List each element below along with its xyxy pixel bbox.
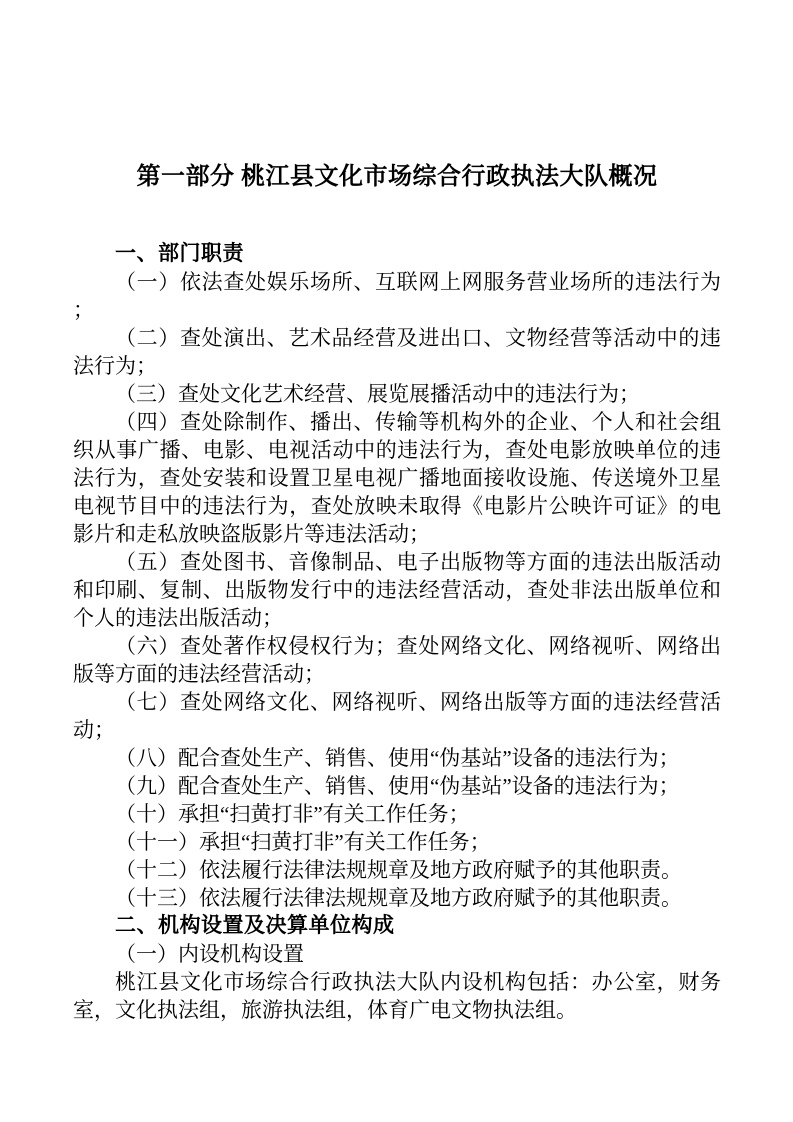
document-page: 第一部分 桃江县文化市场综合行政执法大队概况 一、部门职责 （一）依法查处娱乐场…	[0, 0, 793, 1122]
paragraph: （二）查处演出、艺术品经营及进出口、文物经营等活动中的违法行为；	[73, 324, 721, 380]
section-1-heading: 一、部门职责	[73, 240, 721, 268]
paragraph: （十一）承担“扫黄打非”有关工作任务；	[73, 828, 721, 856]
paragraph: （一）内设机构设置	[73, 940, 721, 968]
paragraph: （四）查处除制作、播出、传输等机构外的企业、个人和社会组织从事广播、电影、电视活…	[73, 408, 721, 548]
paragraph: （八）配合查处生产、销售、使用“伪基站”设备的违法行为；	[73, 744, 721, 772]
paragraph: （七）查处网络文化、网络视听、网络出版等方面的违法经营活动；	[73, 688, 721, 744]
paragraph: （六）查处著作权侵权行为；查处网络文化、网络视听、网络出版等方面的违法经营活动；	[73, 632, 721, 688]
document-title: 第一部分 桃江县文化市场综合行政执法大队概况	[73, 160, 721, 194]
paragraph: （五）查处图书、音像制品、电子出版物等方面的违法出版活动和印刷、复制、出版物发行…	[73, 548, 721, 632]
section-2-heading: 二、机构设置及决算单位构成	[73, 912, 721, 940]
paragraph: （三）查处文化艺术经营、展览展播活动中的违法行为；	[73, 380, 721, 408]
section-organization-setup: 二、机构设置及决算单位构成 （一）内设机构设置 桃江县文化市场综合行政执法大队内…	[73, 912, 721, 1024]
paragraph: （十二）依法履行法律法规规章及地方政府赋予的其他职责。	[73, 856, 721, 884]
paragraph: （十三）依法履行法律法规规章及地方政府赋予的其他职责。	[73, 884, 721, 912]
paragraph: （九）配合查处生产、销售、使用“伪基站”设备的违法行为；	[73, 772, 721, 800]
paragraph: 桃江县文化市场综合行政执法大队内设机构包括：办公室，财务室，文化执法组，旅游执法…	[73, 968, 721, 1024]
section-department-duties: 一、部门职责 （一）依法查处娱乐场所、互联网上网服务营业场所的违法行为； （二）…	[73, 240, 721, 912]
paragraph: （一）依法查处娱乐场所、互联网上网服务营业场所的违法行为；	[73, 268, 721, 324]
paragraph: （十）承担“扫黄打非”有关工作任务；	[73, 800, 721, 828]
